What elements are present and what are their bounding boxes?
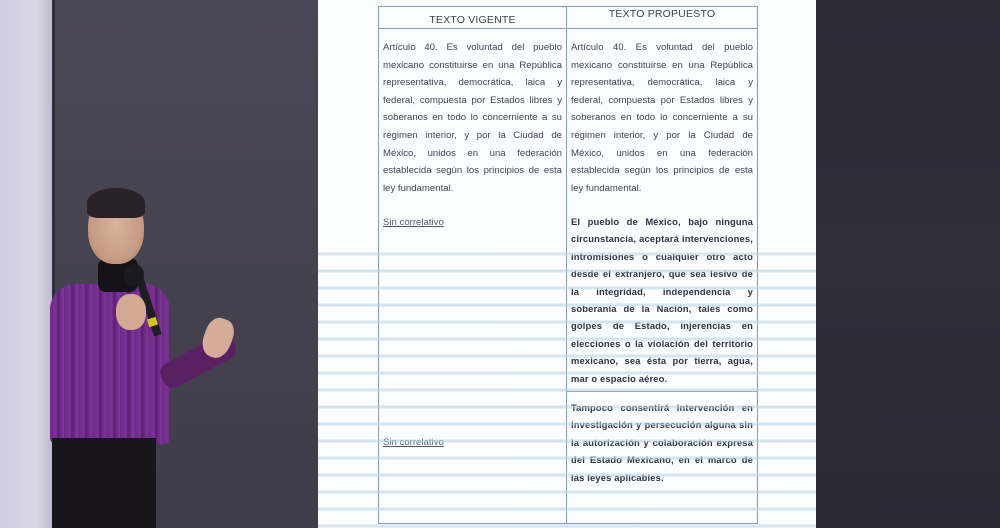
speaker-skirt (52, 438, 156, 528)
column-header: TEXTO VIGENTE (379, 7, 566, 29)
column-header: TEXTO PROPUESTO (567, 7, 757, 29)
sin-correlativo-1: Sin correlativo (383, 217, 444, 228)
speaker-hand-mic (116, 294, 146, 330)
comparison-table: TEXTO VIGENTE Artículo 40. Es voluntad d… (378, 6, 758, 524)
row-divider (567, 391, 757, 392)
speaker (40, 188, 250, 528)
speaker-hair (87, 188, 145, 218)
proposed-addition-2: Tampoco consentirá intervención en inves… (571, 399, 753, 486)
column-texto-vigente: TEXTO VIGENTE Artículo 40. Es voluntad d… (379, 7, 567, 523)
proposed-addition-1: El pueblo de México, bajo ninguna circun… (571, 213, 753, 387)
microphone-icon (124, 264, 144, 286)
sin-correlativo-2: Sin correlativo (383, 437, 444, 448)
article-40-current: Artículo 40. Es voluntad del pueblo mexi… (383, 39, 562, 197)
article-40-proposed: Artículo 40. Es voluntad del pueblo mexi… (571, 39, 753, 197)
projection-screen: TEXTO VIGENTE Artículo 40. Es voluntad d… (318, 0, 816, 528)
stage-backdrop-right (816, 0, 1000, 528)
column-texto-propuesto: TEXTO PROPUESTO Artículo 40. Es voluntad… (567, 7, 757, 523)
